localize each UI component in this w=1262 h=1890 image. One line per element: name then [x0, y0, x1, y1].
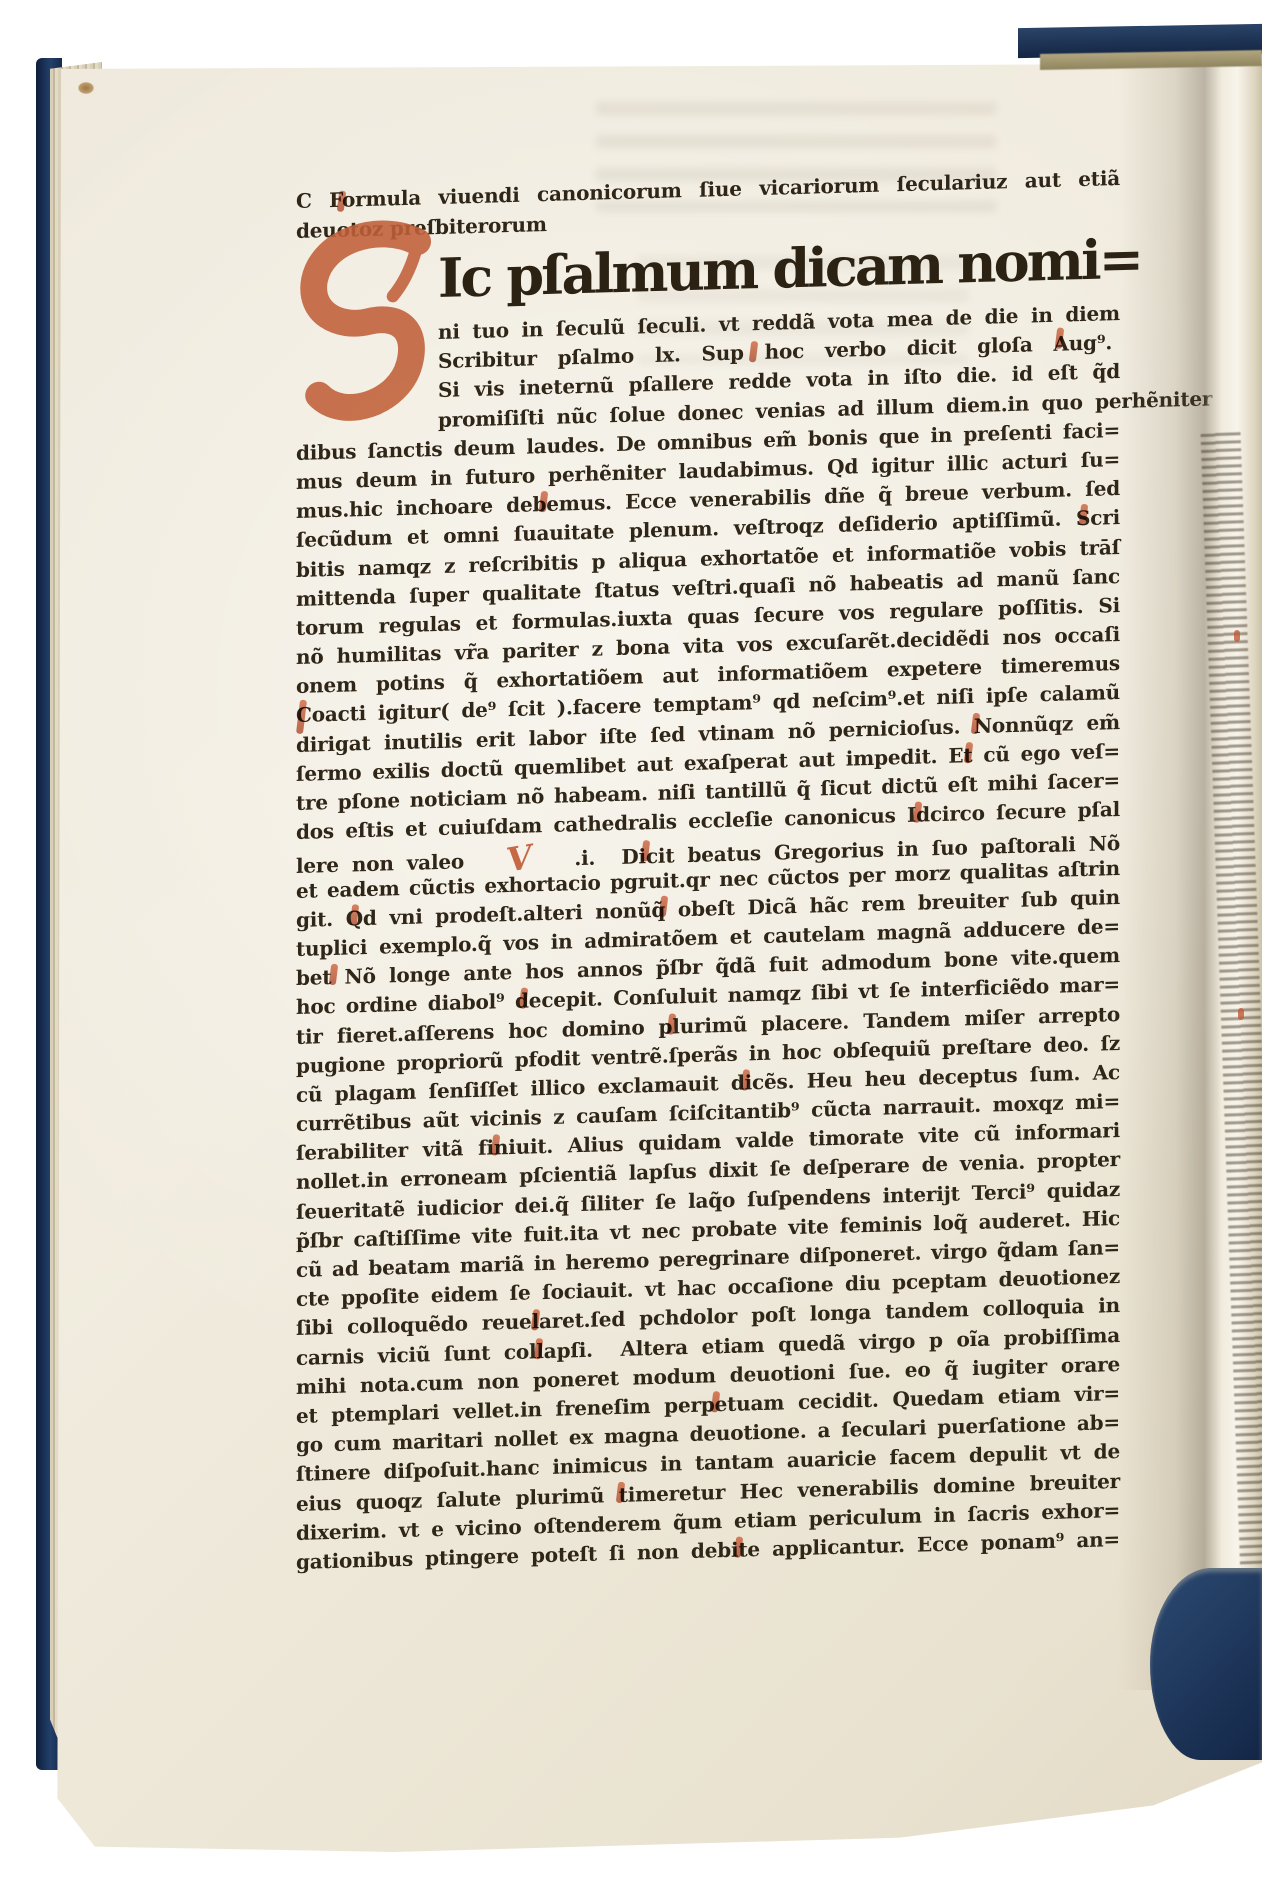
- illuminated-initial-S: [296, 242, 438, 410]
- incipit-row: Ic pſalmum dicam nomi= ni tuo in ſeculũ …: [296, 223, 1120, 1577]
- body-text: ni tuo in ſeculũ ſeculi. vt reddã vota m…: [296, 299, 1120, 1577]
- rubric-fleck: [1238, 1008, 1244, 1020]
- rubric-fleck: [1234, 630, 1240, 642]
- stain-spot: [78, 82, 94, 94]
- text-block: C Formula viuendi canonicorum ſiue vicar…: [296, 163, 1120, 1577]
- fore-edge-stain-blue: [1150, 1568, 1262, 1760]
- lombard-initial-icon: [298, 226, 430, 442]
- book-photo: C Formula viuendi canonicorum ſiue vicar…: [0, 0, 1262, 1890]
